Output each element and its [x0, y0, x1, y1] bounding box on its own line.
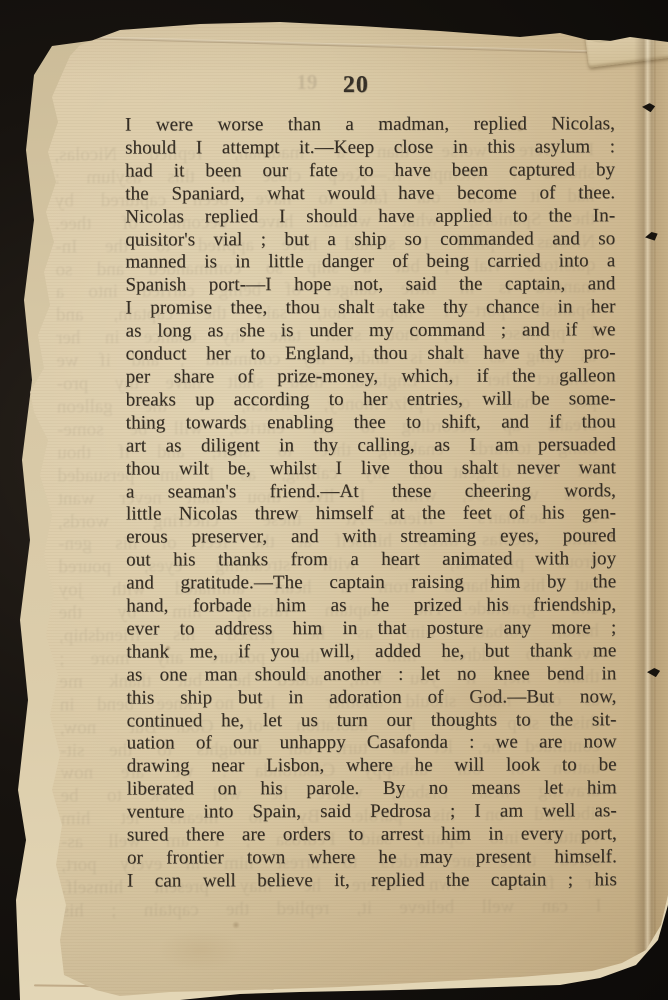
book-page: I were worse than a madman, replied Nico… [0, 0, 668, 1000]
gutter-fold [634, 0, 656, 1000]
paper-texture [0, 0, 668, 1000]
gutter-outer-edge [654, 0, 668, 1000]
scanned-book-photo: I were worse than a madman, replied Nico… [0, 0, 668, 1000]
